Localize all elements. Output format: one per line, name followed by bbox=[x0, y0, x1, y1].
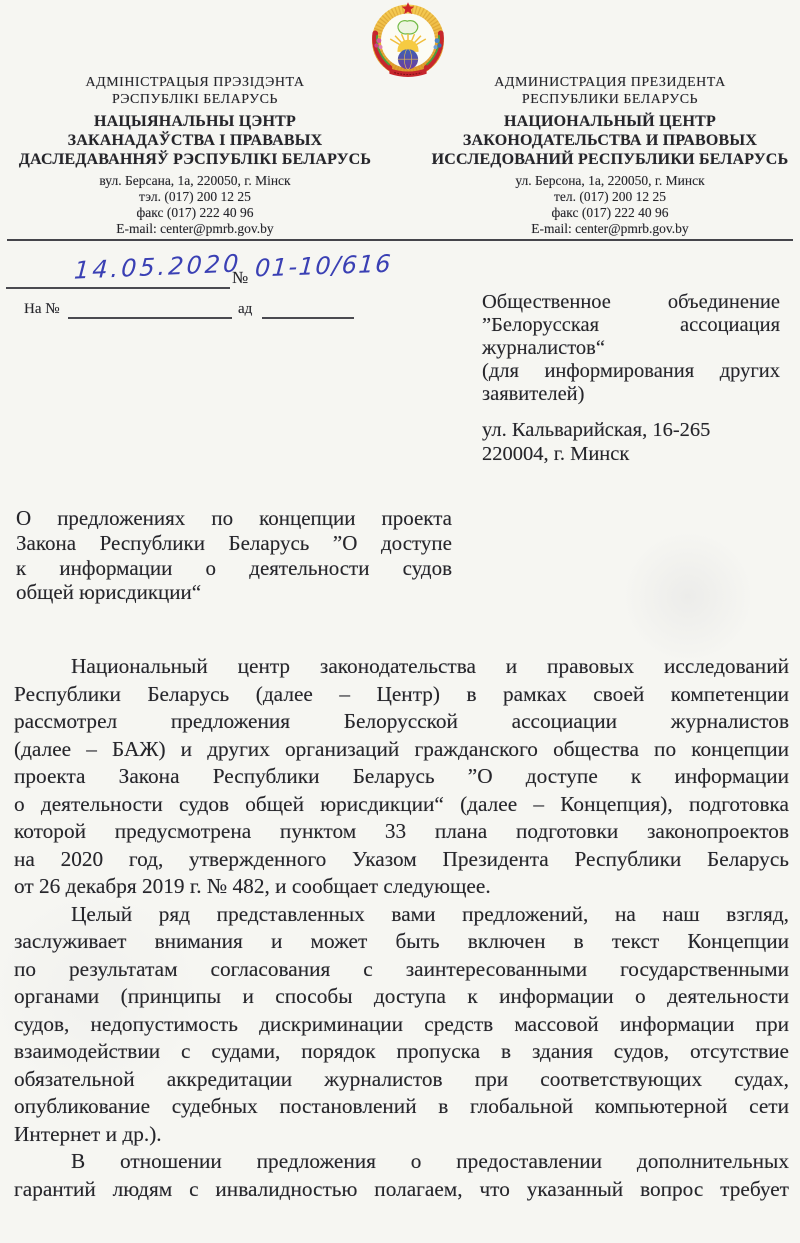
text-line: В отношении предложения о предоставлении… bbox=[14, 1148, 789, 1176]
text-line: о деятельности судов общей юрисдикции“ (… bbox=[14, 791, 789, 819]
organization-name-line: ЗАКАНАДАЎСТВА І ПРАВАВЫХ bbox=[16, 131, 374, 150]
text-line: общей юрисдикции“ bbox=[16, 580, 452, 605]
letterhead-divider bbox=[7, 239, 793, 241]
text-line: по результатам согласования с заинтересо… bbox=[14, 956, 789, 984]
organization-name-line: НАЦЫЯНАЛЬНЫ ЦЭНТР bbox=[16, 112, 374, 131]
text-line: опубликование судебных постановлений в г… bbox=[14, 1093, 789, 1121]
incoming-number-label: На № bbox=[24, 300, 60, 318]
text-line: заявителей) bbox=[482, 383, 780, 406]
contact-line-address: вул. Берсана, 1а, 220050, г. Мінск bbox=[16, 173, 374, 189]
text-line: Национальный центр законодательства и пр… bbox=[14, 653, 789, 681]
authority-line: РЕСПУБЛИКИ БЕЛАРУСЬ bbox=[430, 92, 790, 109]
organization-name-line: ЗАКОНОДАТЕЛЬСТВА И ПРАВОВЫХ bbox=[430, 131, 790, 150]
document-page: АДМІНІСТРАЦЫЯ ПРЭЗІДЭНТА РЭСПУБЛІКІ БЕЛА… bbox=[0, 0, 800, 1243]
text-line: Общественное объединение bbox=[482, 291, 780, 314]
incoming-number-underline bbox=[68, 317, 232, 319]
text-line: от 26 декабря 2019 г. № 482, и сообщает … bbox=[14, 873, 789, 901]
outgoing-number-handwritten: 01-10/616 bbox=[254, 250, 393, 283]
text-line: ул. Кальварийская, 16-265 bbox=[482, 418, 780, 442]
text-line: Интернет и др.). bbox=[14, 1121, 789, 1149]
text-line: 220004, г. Минск bbox=[482, 442, 780, 466]
text-line: (далее – БАЖ) и других организаций гражд… bbox=[14, 736, 789, 764]
body-paragraph: Национальный центр законодательства и пр… bbox=[14, 653, 789, 901]
text-line: обязательной аккредитации журналистов пр… bbox=[14, 1066, 789, 1094]
text-line: рассмотрел предложения Белорусской ассоц… bbox=[14, 708, 789, 736]
contact-line-fax: факс (017) 222 40 96 bbox=[16, 205, 374, 221]
from-underline bbox=[262, 317, 354, 319]
contact-line-fax: факс (017) 222 40 96 bbox=[430, 205, 790, 221]
text-line: (для информирования других bbox=[482, 360, 780, 383]
contact-line-address: ул. Берсона, 1а, 220050, г. Минск bbox=[430, 173, 790, 189]
text-line: гарантий людям с инвалидностью полагаем,… bbox=[14, 1176, 789, 1204]
authority-line: АДМІНІСТРАЦЫЯ ПРЭЗІДЭНТА bbox=[16, 75, 374, 92]
text-line: на 2020 год, утвержденного Указом Презид… bbox=[14, 846, 789, 874]
text-line: ”Белорусская ассоциация bbox=[482, 314, 780, 337]
authority-line: АДМИНИСТРАЦИЯ ПРЕЗИДЕНТА bbox=[430, 75, 790, 92]
belarus-coat-of-arms-icon bbox=[367, 1, 449, 77]
text-line: к информации о деятельности судов bbox=[16, 556, 452, 581]
contact-line-phone: тел. (017) 200 12 25 bbox=[430, 189, 790, 205]
text-line: Республики Беларусь (далее – Центр) в ра… bbox=[14, 681, 789, 709]
body-paragraph: Целый ряд представленных вами предложени… bbox=[14, 901, 789, 1149]
text-line: Закона Республики Беларусь ”О доступе bbox=[16, 531, 452, 556]
body-text: Национальный центр законодательства и пр… bbox=[14, 653, 789, 1203]
number-sign: № bbox=[232, 268, 248, 288]
outgoing-date-handwritten: 14.05.2020 bbox=[73, 249, 242, 284]
text-line: О предложениях по концепции проекта bbox=[16, 506, 452, 531]
text-line: Целый ряд представленных вами предложени… bbox=[14, 901, 789, 929]
text-line: органами (принципы и способы доступа к и… bbox=[14, 983, 789, 1011]
text-line: проекта Закона Республики Беларусь ”О до… bbox=[14, 763, 789, 791]
authority-line: РЭСПУБЛІКІ БЕЛАРУСЬ bbox=[16, 92, 374, 109]
body-paragraph: В отношении предложения о предоставлении… bbox=[14, 1148, 789, 1203]
subject-block: О предложениях по концепции проектаЗакон… bbox=[16, 506, 452, 605]
letterhead-left: АДМІНІСТРАЦЫЯ ПРЭЗІДЭНТА РЭСПУБЛІКІ БЕЛА… bbox=[16, 75, 374, 237]
text-line: которой предусмотрена пунктом 33 плана п… bbox=[14, 818, 789, 846]
text-line: взаимодействии с судами, порядок пропуск… bbox=[14, 1038, 789, 1066]
organization-name-line: ДАСЛЕДАВАННЯЎ РЭСПУБЛІКІ БЕЛАРУСЬ bbox=[16, 150, 374, 169]
from-label: ад bbox=[238, 300, 252, 318]
organization-name-line: ИССЛЕДОВАНИЙ РЕСПУБЛИКИ БЕЛАРУСЬ bbox=[430, 150, 790, 169]
contact-line-email: E-mail: center@pmrb.gov.by bbox=[16, 221, 374, 237]
text-line: журналистов“ bbox=[482, 337, 780, 360]
organization-name-line: НАЦИОНАЛЬНЫЙ ЦЕНТР bbox=[430, 112, 790, 131]
recipient-block: Общественное объединение”Белорусская асс… bbox=[482, 291, 780, 466]
contact-line-phone: тэл. (017) 200 12 25 bbox=[16, 189, 374, 205]
text-line: судов, недопустимость дискриминации сред… bbox=[14, 1011, 789, 1039]
contact-line-email: E-mail: center@pmrb.gov.by bbox=[430, 221, 790, 237]
date-underline bbox=[6, 287, 230, 289]
text-line: заслуживает внимания и может быть включе… bbox=[14, 928, 789, 956]
recipient-org-lines: Общественное объединение”Белорусская асс… bbox=[482, 291, 780, 406]
recipient-address: ул. Кальварийская, 16-265220004, г. Минс… bbox=[482, 418, 780, 466]
letterhead-right: АДМИНИСТРАЦИЯ ПРЕЗИДЕНТА РЕСПУБЛИКИ БЕЛА… bbox=[430, 75, 790, 237]
